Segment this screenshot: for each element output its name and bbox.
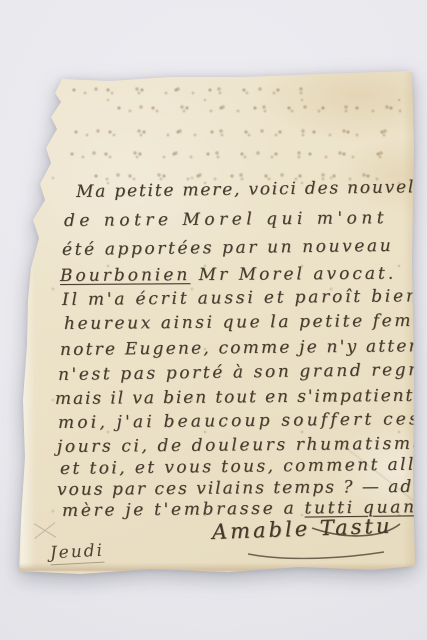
photo-scene: Ma petite mere, voici des nouvelles de n…: [0, 0, 427, 640]
dateline-jeudi: Jeudi: [49, 541, 104, 566]
letter-paper: Ma petite mere, voici des nouvelles de n…: [0, 0, 427, 640]
ink-bleedthrough-row: [68, 151, 388, 160]
letter-line-2: de notre Morel qui m'ont: [64, 208, 388, 231]
letter-line-6: heureux ainsi que la petite femme: [64, 311, 427, 334]
letter-paper-shadow: Ma petite mere, voici des nouvelles de n…: [0, 0, 427, 640]
letter-line-1: Ma petite mere, voici des nouvelles: [76, 177, 427, 202]
pencil-mark: [32, 520, 58, 542]
letter-line-11: jours ci, de douleurs rhumatismales: [57, 434, 427, 457]
letter-text: Mr Morel avocat.: [190, 264, 396, 285]
letter-line-8: n'est pas porté à son grand regret: [58, 360, 427, 385]
ink-bleedthrough-row: [72, 129, 407, 138]
torn-edge-highlight: [20, 82, 36, 568]
letter-line-13: vous par ces vilains temps ? — adieu: [57, 477, 427, 500]
letter-line-3: été apportées par un nouveau: [62, 236, 393, 260]
letter-line-7: notre Eugene, comme je n'y attendais: [60, 336, 427, 360]
ink-bleedthrough-row: [70, 87, 310, 96]
ink-bleedthrough-row: [115, 105, 405, 114]
underlined-word: Bourbonien: [60, 265, 190, 286]
signature-flourish-icon: [196, 514, 406, 566]
letter-line-10: moi, j'ai beaucoup souffert ces: [58, 409, 421, 433]
letter-line-5: Il m'a écrit aussi et paroît bien: [62, 286, 420, 310]
letter-line-9: mais il va bien tout en s'impatientant: [55, 386, 427, 409]
letter-line-4: Bourbonien Mr Morel avocat.: [60, 264, 396, 286]
letter-line-12: et toi, et vous tous, comment allez: [60, 454, 427, 479]
